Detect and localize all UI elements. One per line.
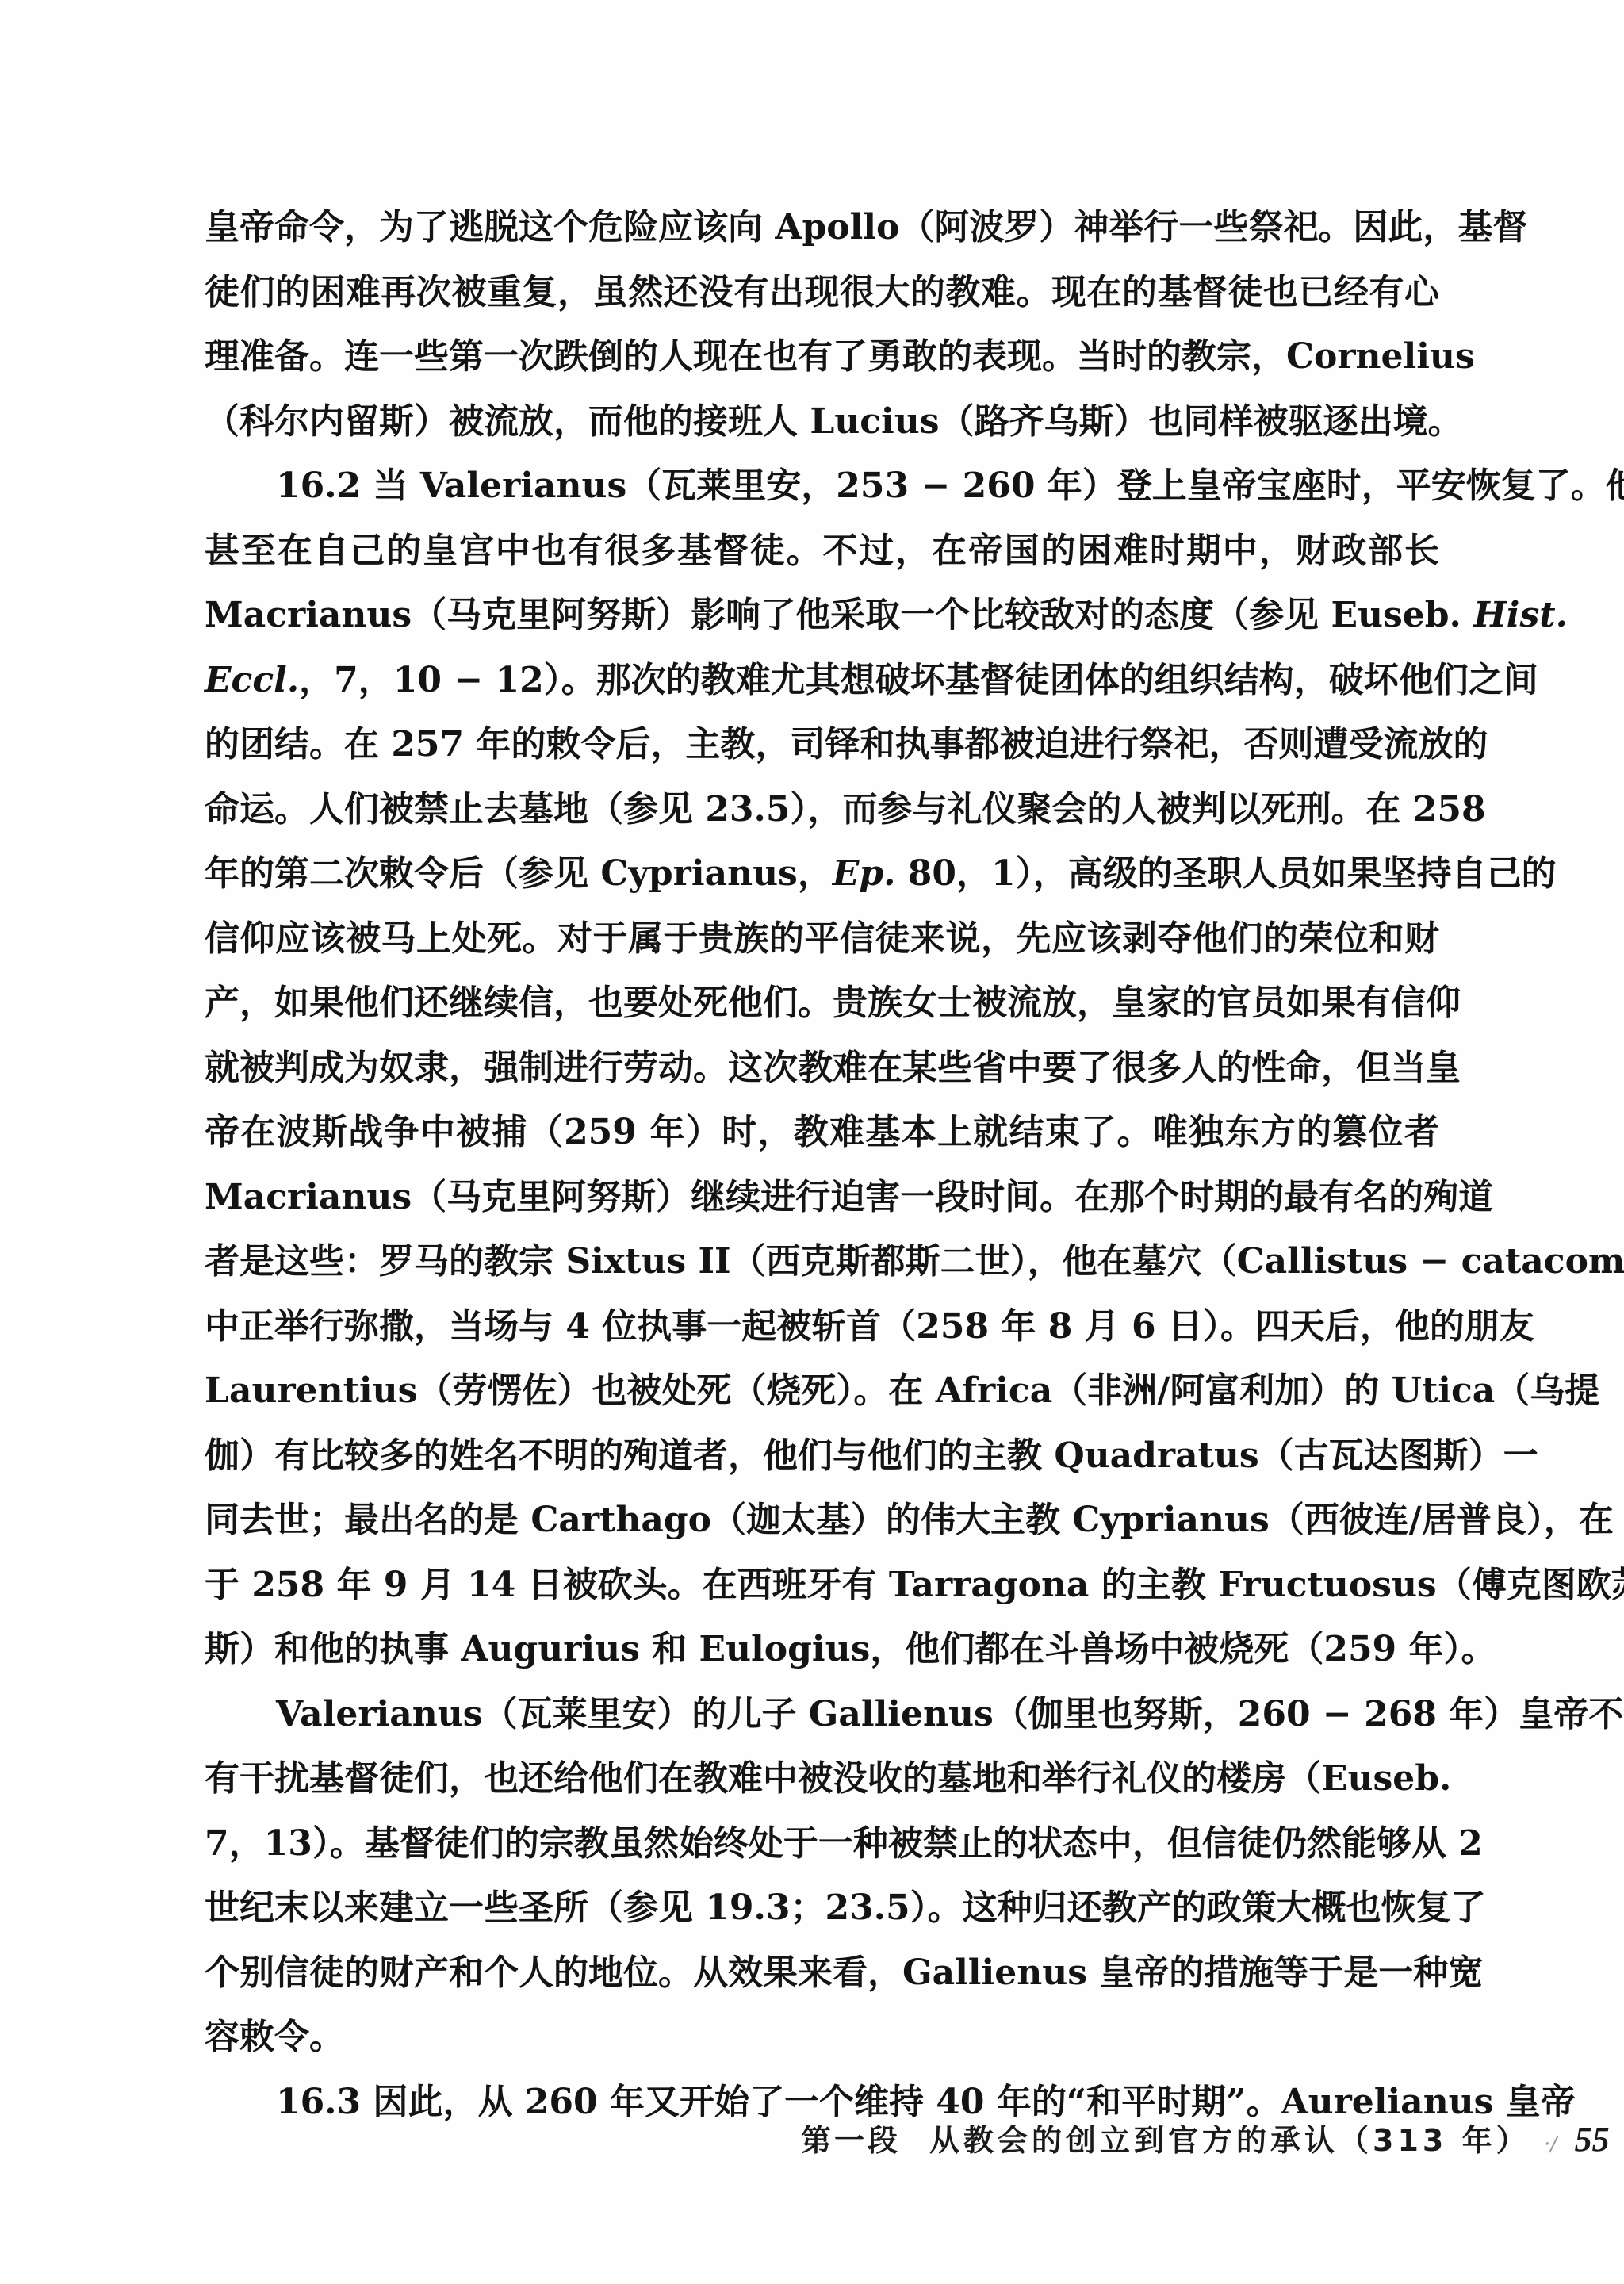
scan-mark: ·/ [1544, 2133, 1557, 2156]
italic-citation: Ep. [833, 853, 896, 894]
text-line: 产，如果他们还继续信，也要处死他们。贵族女士被流放，皇家的官员如果有信仰 [205, 971, 1439, 1036]
footer-section-label: 第一段 [801, 2123, 901, 2158]
text-line: 同去世；最出名的是 Carthago（迦太基）的伟大主教 Cyprianus（西… [205, 1488, 1439, 1553]
section-16-2-start: 16.2 当 Valerianus（瓦莱里安，253 − 260 年）登上皇帝宝… [205, 454, 1439, 519]
text-segment: 80，1），高级的圣职人员如果坚持自己的 [895, 853, 1556, 894]
running-footer: 第一段从教会的创立到官方的承认（313 年）·/55 [801, 2116, 1443, 2163]
text-line: Macrianus（马克里阿努斯）继续进行迫害一段时间。在那个时期的最有名的殉道 [205, 1165, 1439, 1230]
text-line: Laurentius（劳愣佐）也被处死（烧死）。在 Africa（非洲/阿富利加… [205, 1359, 1439, 1424]
paragraph-gallienus-start: Valerianus（瓦莱里安）的儿子 Gallienus（伽里也努斯，260 … [205, 1682, 1439, 1747]
text-line: 斯）和他的执事 Augurius 和 Eulogius，他们都在斗兽场中被烧死（… [205, 1617, 1439, 1682]
text-segment: ，7，10 − 12）。那次的教难尤其想破坏基督徒团体的组织结构，破坏他们之间 [299, 660, 1538, 700]
book-page: 皇帝命令，为了逃脱这个危险应该向 Apollo（阿波罗）神举行一些祭祀。因此，基… [0, 0, 1624, 2284]
italic-citation: Eccl. [205, 660, 299, 700]
text-line: 于 258 年 9 月 14 日被砍头。在西班牙有 Tarragona 的主教 … [205, 1553, 1439, 1618]
page-number: 55 [1575, 2120, 1610, 2159]
text-line: Eccl.，7，10 − 12）。那次的教难尤其想破坏基督徒团体的组织结构，破坏… [205, 648, 1439, 713]
text-line: 容敕令。 [205, 2005, 1439, 2070]
text-line: 有干扰基督徒们，也还给他们在教难中被没收的墓地和举行礼仪的楼房（Euseb. [205, 1746, 1439, 1811]
text-line: 徒们的困难再次被重复，虽然还没有出现很大的教难。现在的基督徒也已经有心 [205, 260, 1439, 325]
text-line: 帝在波斯战争中被捕（259 年）时，教难基本上就结束了。唯独东方的篡位者 [205, 1100, 1439, 1165]
italic-citation: Hist. [1473, 595, 1568, 635]
text-line: 就被判成为奴隶，强制进行劳动。这次教难在某些省中要了很多人的性命，但当皇 [205, 1036, 1439, 1101]
text-segment: 年的第二次敕令后（参见 Cyprianus， [205, 853, 833, 894]
text-line: 的团结。在 257 年的敕令后，主教，司铎和执事都被迫进行祭祀，否则遭受流放的 [205, 712, 1439, 777]
text-line: 信仰应该被马上处死。对于属于贵族的平信徒来说，先应该剥夺他们的荣位和财 [205, 906, 1439, 971]
body-text: 皇帝命令，为了逃脱这个危险应该向 Apollo（阿波罗）神举行一些祭祀。因此，基… [205, 195, 1439, 2134]
text-line: （科尔内留斯）被流放，而他的接班人 Lucius（路齐乌斯）也同样被驱逐出境。 [205, 389, 1439, 454]
text-segment: Macrianus（马克里阿努斯）影响了他采取一个比较敌对的态度（参见 Euse… [205, 595, 1473, 635]
text-line: 命运。人们被禁止去墓地（参见 23.5），而参与礼仪聚会的人被判以死刑。在 25… [205, 777, 1439, 842]
text-line: 理准备。连一些第一次跌倒的人现在也有了勇敢的表现。当时的教宗，Cornelius [205, 324, 1439, 389]
text-line: 者是这些：罗马的教宗 Sixtus II（西克斯都斯二世），他在墓穴（Calli… [205, 1229, 1439, 1294]
text-line: 个别信徒的财产和个人的地位。从效果来看，Gallienus 皇帝的措施等于是一种… [205, 1941, 1439, 2006]
text-line: 甚至在自己的皇宫中也有很多基督徒。不过，在帝国的困难时期中，财政部长 [205, 519, 1439, 584]
footer-chapter-title: 从教会的创立到官方的承认（313 年） [929, 2123, 1515, 2158]
text-line: Macrianus（马克里阿努斯）影响了他采取一个比较敌对的态度（参见 Euse… [205, 583, 1439, 648]
text-line: 伽）有比较多的姓名不明的殉道者，他们与他们的主教 Quadratus（古瓦达图斯… [205, 1424, 1439, 1489]
text-line: 7，13）。基督徒们的宗教虽然始终处于一种被禁止的状态中，但信徒仍然能够从 2 [205, 1811, 1439, 1876]
text-line: 中正举行弥撒，当场与 4 位执事一起被斩首（258 年 8 月 6 日）。四天后… [205, 1294, 1439, 1359]
text-line: 年的第二次敕令后（参见 Cyprianus，Ep. 80，1），高级的圣职人员如… [205, 841, 1439, 906]
text-line: 皇帝命令，为了逃脱这个危险应该向 Apollo（阿波罗）神举行一些祭祀。因此，基… [205, 195, 1439, 260]
text-line: 世纪末以来建立一些圣所（参见 19.3；23.5）。这种归还教产的政策大概也恢复… [205, 1876, 1439, 1941]
